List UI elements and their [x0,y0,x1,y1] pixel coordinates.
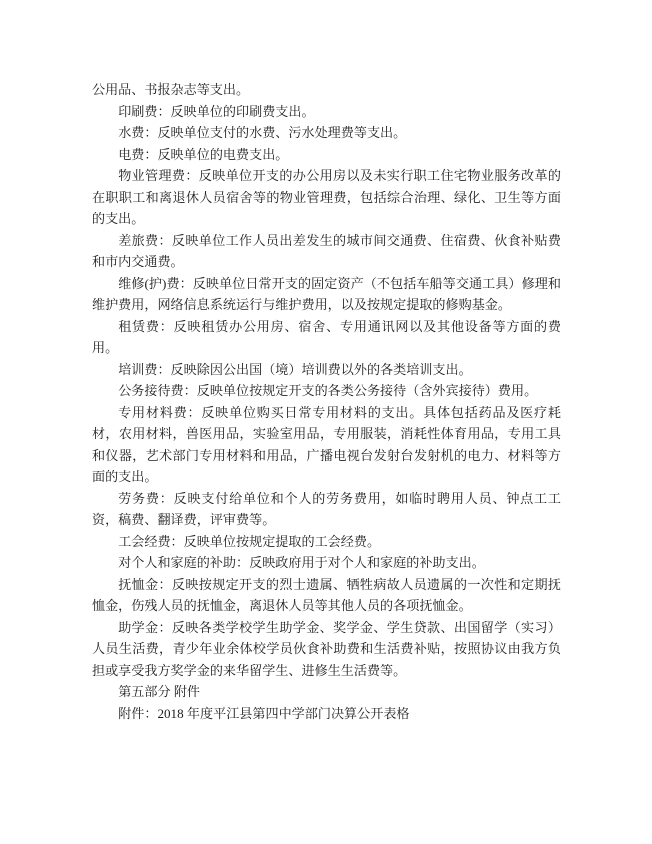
attachment-line: 附件：2018 年度平江县第四中学部门决算公开表格 [92,703,561,725]
section-heading-part-five: 第五部分 附件 [92,681,561,703]
para-individual-family-subsidy: 对个人和家庭的补助：反映政府用于对个人和家庭的补助支出。 [92,552,561,574]
para-pension: 抚恤金：反映按规定开支的烈士遗属、牺牲病故人员遗属的一次性和定期抚恤金，伤残人员… [92,574,561,617]
para-special-materials-fee: 专用材料费：反映单位购买日常专用材料的支出。具体包括药品及医疗耗材，农用材料，兽… [92,402,561,488]
para-water-fee: 水费：反映单位支付的水费、污水处理费等支出。 [92,122,561,144]
para-travel-fee: 差旅费：反映单位工作人员出差发生的城市间交通费、住宿费、伙食补贴费和市内交通费。 [92,230,561,273]
para-labor-fee: 劳务费：反映支付给单位和个人的劳务费用，如临时聘用人员、钟点工工资，稿费、翻译费… [92,488,561,531]
para-rental-fee: 租赁费：反映租赁办公用房、宿舍、专用通讯网以及其他设备等方面的费用。 [92,316,561,359]
para-public-supplies-continuation: 公用品、书报杂志等支出。 [92,79,561,101]
para-maintenance-fee: 维修(护)费：反映单位日常开支的固定资产（不包括车船等交通工具）修理和维护费用，… [92,273,561,316]
document-page: 公用品、书报杂志等支出。 印刷费：反映单位的印刷费支出。 水费：反映单位支付的水… [0,0,652,844]
para-grants: 助学金：反映各类学校学生助学金、奖学金、学生贷款、出国留学（实习）人员生活费，青… [92,617,561,682]
para-electricity-fee: 电费：反映单位的电费支出。 [92,144,561,166]
para-union-funds: 工会经费：反映单位按规定提取的工会经费。 [92,531,561,553]
para-printing-fee: 印刷费：反映单位的印刷费支出。 [92,101,561,123]
para-training-fee: 培训费：反映除因公出国（境）培训费以外的各类培训支出。 [92,359,561,381]
para-property-management-fee: 物业管理费：反映单位开支的办公用房以及未实行职工住宅物业服务改革的在职职工和离退… [92,165,561,230]
document-text-block: 公用品、书报杂志等支出。 印刷费：反映单位的印刷费支出。 水费：反映单位支付的水… [92,79,561,724]
para-official-reception-fee: 公务接待费：反映单位按规定开支的各类公务接待（含外宾接待）费用。 [92,380,561,402]
